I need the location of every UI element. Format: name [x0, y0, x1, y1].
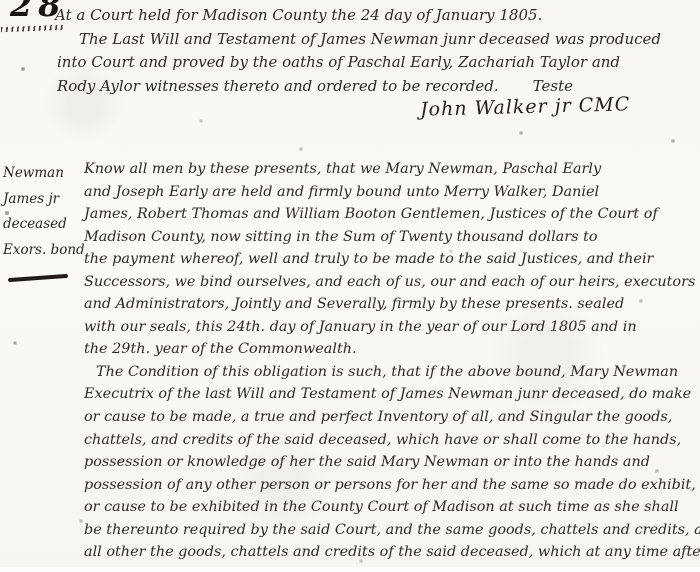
bond-line: James, Robert Thomas and William Booton …: [84, 203, 700, 226]
court-order-line: into Court and proved by the oaths of Pa…: [55, 51, 697, 75]
bond-line: or cause to be made, a true and perfect …: [84, 406, 700, 429]
margin-note-line: Exors. bond: [3, 238, 85, 264]
bond-line: Know all men by these presents, that we …: [84, 158, 700, 181]
scanned-document-page: 28 At a Court held for Madison County th…: [0, 0, 700, 572]
bond-line: be thereunto required by the said Court,…: [84, 519, 700, 542]
bond-line: and Joseph Early are held and firmly bou…: [84, 181, 700, 204]
court-order-block: At a Court held for Madison County the 2…: [55, 4, 697, 98]
scanner-edge-strip: [0, 567, 700, 572]
clerk-signature: John Walker jr CMC: [420, 93, 631, 120]
bond-line: Successors, we bind ourselves, and each …: [84, 271, 700, 294]
bond-text-block: Know all men by these presents, that we …: [84, 158, 700, 564]
bond-line: possession of any other person or person…: [84, 474, 700, 497]
court-order-line: The Last Will and Testament of James New…: [55, 28, 697, 52]
bond-line: Madison County, now sitting in the Sum o…: [84, 226, 700, 249]
bond-line: Executrix of the last Will and Testament…: [84, 383, 700, 406]
margin-note-dash: [8, 274, 68, 282]
court-order-line: At a Court held for Madison County the 2…: [55, 4, 697, 28]
margin-note-line: deceased: [3, 212, 85, 238]
bond-line: or cause to be exhibited in the County C…: [84, 496, 700, 519]
margin-note-line: Newman: [3, 161, 85, 187]
bond-line: and Administrators, Jointly and Severall…: [84, 293, 700, 316]
bond-line: The Condition of this obligation is such…: [84, 361, 700, 384]
bond-line: all other the goods, chattels and credit…: [84, 541, 700, 564]
bond-line: the 29th. year of the Commonwealth.: [84, 338, 700, 361]
bond-line: with our seals, this 24th. day of Januar…: [84, 316, 700, 339]
scan-noise-speckles: [0, 0, 2, 2]
margin-note-line: James jr: [3, 187, 85, 213]
bond-line: possession or knowledge of her the said …: [84, 451, 700, 474]
bond-line: the payment whereof, well and truly to b…: [84, 248, 700, 271]
court-order-line-text: Rody Aylor witnesses thereto and ordered…: [57, 77, 499, 95]
bond-line: chattels, and credits of the said deceas…: [84, 429, 700, 452]
margin-note: Newman James jr deceased Exors. bond: [3, 161, 85, 263]
